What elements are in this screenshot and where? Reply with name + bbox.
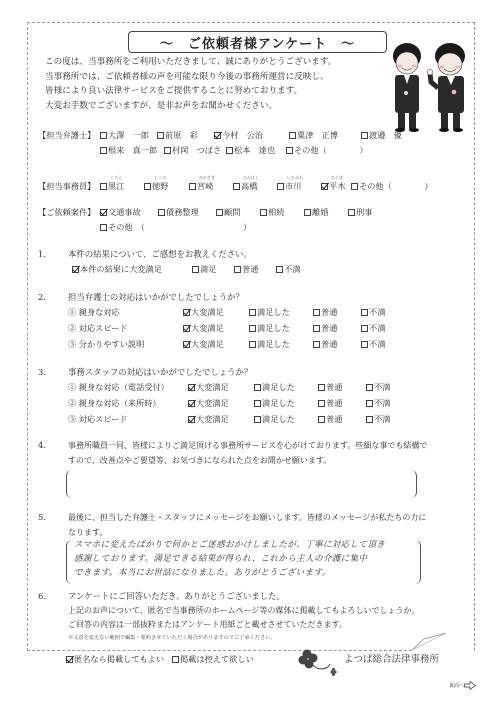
question-3: 3.事務スタッフの対応はいかがでしたでしょうか？ — [38, 366, 252, 378]
option-label: 普通 — [321, 339, 337, 350]
checkbox[interactable] — [361, 132, 368, 139]
question-number: 5. — [38, 512, 68, 522]
option-label: 大変満足 — [196, 382, 229, 393]
staff-option-other[interactable]: その他（ ） — [351, 181, 433, 192]
option-label: 不満 — [374, 382, 390, 393]
checkbox[interactable] — [157, 132, 164, 139]
checkbox[interactable] — [366, 416, 373, 423]
option-label: 満足した — [257, 323, 290, 334]
intro-line: 当事務所では、ご依頼者様の声を可能な限り今後の事務所運営に反映し、 — [45, 70, 336, 85]
question-1: 1.本件の結果について、ご感想をお教えください。 — [38, 248, 252, 260]
staff-option[interactable]: いちかわ市川 — [277, 181, 321, 192]
clover-logo-icon — [298, 648, 342, 676]
q1-option[interactable]: 不満 — [276, 264, 300, 275]
question-text: 担当弁護士の対応はいかがでしたでしょうか？ — [68, 292, 244, 302]
arrow-right-icon — [464, 681, 476, 690]
checkbox-checked[interactable] — [100, 209, 107, 216]
staff-option[interactable]: みやざき宮崎 — [189, 181, 233, 192]
furigana: いちかわ — [287, 175, 303, 181]
checkbox[interactable] — [172, 656, 179, 663]
furigana: みやざき — [199, 175, 215, 181]
lawyer-option-other[interactable]: その他（ ） — [286, 145, 368, 156]
option-label: 交通事故 — [108, 207, 141, 218]
question-text: なります。 — [68, 528, 107, 537]
checkbox[interactable] — [100, 183, 107, 190]
checkbox-checked[interactable] — [183, 325, 190, 332]
intro-line: 大変お手数でございますが、是非お声をお聞かせください。 — [45, 99, 336, 114]
question-text: すので、改善点やご要望等、お気づきになられた点をお聞かせ願います。 — [68, 456, 331, 465]
option-label: 相続 — [268, 207, 284, 218]
option-label: 普通 — [242, 264, 258, 275]
checkbox-checked[interactable] — [72, 266, 79, 273]
question-text: アンケートにご回答いただき、ありがとうございました。 — [68, 591, 285, 601]
lawyer-option[interactable]: 根来 真一郎 — [100, 145, 164, 156]
q6-option-anonymous-ok[interactable]: 匿名なら掲載してもよい — [66, 654, 172, 665]
question-text: 事務スタッフの対応はいかがでしたでしょうか？ — [68, 367, 252, 377]
option-label: 大変満足 — [191, 339, 224, 350]
checkbox[interactable] — [366, 400, 373, 407]
row-item: ③ 対応スピード — [68, 414, 188, 425]
staff-option[interactable]: くろえ黒江 — [100, 181, 144, 192]
name-text: 宮崎 — [197, 181, 213, 191]
question-text: 事務所職員一同、皆様によりご満足頂ける事務所サービスを心がけております。些細な事… — [68, 441, 427, 450]
question-5: 5.最後に、担当した弁護士・スタッフにメッセージをお願いします。皆様のメッセージ… — [38, 512, 426, 523]
question-number: 4. — [38, 440, 68, 450]
question-6-line-2: 上記のお声について、匿名で当事務所のホームページ等の媒体に掲載してもよろしいでし… — [68, 605, 420, 616]
option-label: 普通 — [321, 307, 337, 318]
name-text: 平木 — [329, 181, 345, 191]
tilde-right: 〜 — [341, 33, 355, 52]
checkbox[interactable] — [348, 209, 355, 216]
option-label: 不満 — [369, 307, 385, 318]
furigana: たかはし — [243, 175, 259, 181]
name-text: 高橋 — [241, 181, 257, 191]
q6-option-decline[interactable]: 掲載は控えて欲しい — [172, 654, 254, 665]
intro-line: この度は、当事務所をご利用いただきまして、誠にありがとうございます。 — [45, 55, 336, 70]
checkbox[interactable] — [361, 341, 368, 348]
question-text: 最後に、担当した弁護士・スタッフにメッセージをお願いします。皆様のメッセージが私… — [68, 513, 426, 522]
lawyer-option[interactable]: 村岡 つばさ — [164, 145, 226, 156]
answer-line: できます。本当にお世話になりました。ありがとうございます。 — [74, 566, 385, 580]
checkbox[interactable] — [277, 183, 284, 190]
furigana: とくの — [154, 175, 166, 181]
intro-text: この度は、当事務所をご利用いただきまして、誠にありがとうございます。 当事務所で… — [45, 55, 336, 113]
checkbox[interactable] — [144, 183, 151, 190]
checkbox[interactable] — [318, 400, 325, 407]
option-label: 本件の結果に大変満足 — [80, 264, 162, 275]
checkbox[interactable] — [366, 384, 373, 391]
q1-option[interactable]: 満足 — [192, 264, 234, 275]
q6-options: 匿名なら掲載してもよい 掲載は控えて欲しい — [66, 654, 254, 665]
q3-answer[interactable]: 普通 — [318, 398, 366, 409]
q3-row: ② 親身な対応（来所時） 大変満足 満足した 普通 不満 — [68, 398, 390, 409]
staff-row: 【担当事務員】 くろえ黒江 とくの徳野 みやざき宮崎 たかはし高橋 いちかわ市川… — [38, 181, 433, 192]
option-label: 不満 — [369, 323, 385, 334]
checkbox[interactable] — [313, 325, 320, 332]
lawyer-option[interactable]: 今村 公治 — [214, 130, 289, 141]
option-label: 大変満足 — [191, 323, 224, 334]
option-label: 今村 公治 — [222, 130, 263, 141]
checkbox[interactable] — [318, 384, 325, 391]
cases-row-1: 【ご依頼案件】 交通事故 債務整理 顧問 相続 離婚 刑事 — [38, 207, 372, 218]
checkbox[interactable] — [249, 309, 256, 316]
edit-notice: ※文意を変えない範囲で編集・要約させていただく場合がありますのでご了承ください。 — [68, 634, 276, 641]
option-label: たかはし高橋 — [241, 181, 257, 192]
checkbox-checked[interactable] — [321, 183, 328, 190]
question-number: 1. — [38, 249, 68, 259]
checkbox[interactable] — [304, 209, 311, 216]
q1-option[interactable]: 本件の結果に大変満足 — [72, 264, 192, 275]
option-label: 掲載は控えて欲しい — [180, 654, 254, 665]
question-number: 2. — [38, 292, 68, 302]
question-number: 6. — [38, 591, 68, 601]
option-label: 村岡 つばさ — [172, 145, 221, 156]
checkbox[interactable] — [318, 416, 325, 423]
option-label: 不満 — [374, 414, 390, 425]
option-label: 前原 彩 — [165, 130, 198, 141]
question-4: 4.事務所職員一同、皆様によりご満足頂ける事務所サービスを心がけております。些細… — [38, 440, 427, 451]
checkbox[interactable] — [100, 132, 107, 139]
option-label: 顧問 — [224, 207, 240, 218]
option-label: 普通 — [326, 382, 342, 393]
turn-over-label: 裏面へ — [449, 682, 464, 689]
row-item: ② 対応スピード — [68, 323, 183, 334]
option-label: 匿名なら掲載してもよい — [74, 654, 164, 665]
option-label: ひらき平木 — [329, 181, 345, 192]
question-5-line-2: なります。 — [68, 527, 107, 538]
q2-answer[interactable]: 満足した — [249, 339, 313, 350]
lawyer-option[interactable]: 粟津 正博 — [289, 130, 361, 141]
option-label: 大変満足 — [196, 398, 229, 409]
title-text: ご依頼者様アンケート — [188, 33, 327, 52]
q2-answer[interactable]: 普通 — [313, 307, 361, 318]
option-label: 普通 — [326, 398, 342, 409]
q2-row: ① 親身な対応 大変満足 満足した 普通 不満 — [68, 307, 385, 318]
survey-title: 〜 ご依頼者様アンケート 〜 — [128, 31, 387, 53]
question-text: 上記のお声について、匿名で当事務所のホームページ等の媒体に掲載してもよろしいでし… — [68, 606, 420, 615]
intro-line: 皆様により良い法律サービスをご提供することに努めております。 — [45, 84, 336, 99]
option-label: 渡邉 優 — [369, 130, 402, 141]
case-option[interactable]: 債務整理 — [158, 207, 216, 218]
checkbox[interactable] — [233, 183, 240, 190]
row-item: ② 親身な対応（来所時） — [68, 398, 188, 409]
row-item: ③ 分かりやすい説明 — [68, 339, 183, 350]
checkbox[interactable] — [234, 266, 241, 273]
staff-option[interactable]: ひらき平木 — [321, 181, 351, 192]
q2-row: ③ 分かりやすい説明 大変満足 満足した 普通 不満 — [68, 339, 385, 350]
q3-answer[interactable]: 大変満足 — [188, 414, 254, 425]
case-option[interactable]: 離婚 — [304, 207, 348, 218]
q3-row: ③ 対応スピード 大変満足 満足した 普通 不満 — [68, 414, 390, 425]
checkbox-checked[interactable] — [188, 400, 195, 407]
option-label: 満足した — [257, 307, 290, 318]
question-6: 6.アンケートにご回答いただき、ありがとうございました。 — [38, 590, 285, 602]
checkbox[interactable] — [254, 384, 261, 391]
option-label: 債務整理 — [166, 207, 199, 218]
checkbox-checked[interactable] — [183, 309, 190, 316]
checkbox[interactable] — [192, 266, 199, 273]
option-label: その他（ ） — [294, 145, 368, 156]
checkbox[interactable] — [260, 209, 267, 216]
lawyer-option[interactable]: 前原 彩 — [157, 130, 214, 141]
checkbox[interactable] — [226, 147, 233, 154]
lawyers-label: 【担当弁護士】 — [38, 130, 100, 141]
checkbox[interactable] — [286, 147, 293, 154]
checkbox[interactable] — [164, 147, 171, 154]
q2-answer[interactable]: 大変満足 — [183, 307, 249, 318]
turn-over-link[interactable]: 裏面へ — [449, 681, 476, 690]
checkbox[interactable] — [289, 132, 296, 139]
case-option[interactable]: 顧問 — [216, 207, 260, 218]
q2-row: ② 対応スピード 大変満足 満足した 普通 不満 — [68, 323, 385, 334]
checkbox[interactable] — [254, 416, 261, 423]
question-2: 2.担当弁護士の対応はいかがでしたでしょうか？ — [38, 291, 244, 303]
option-label: 満足した — [262, 398, 295, 409]
q3-answer[interactable]: 普通 — [318, 414, 366, 425]
tilde-left: 〜 — [160, 33, 174, 52]
lawyer-option[interactable]: 大澤 一郎 — [100, 130, 157, 141]
option-label: 松本 達也 — [234, 145, 275, 156]
lawyer-option[interactable]: 渡邉 優 — [361, 130, 402, 141]
checkbox[interactable] — [361, 325, 368, 332]
question-text: 本件の結果について、ご感想をお教えください。 — [68, 249, 252, 259]
staff-option[interactable]: とくの徳野 — [144, 181, 189, 192]
page-curl-decoration — [412, 633, 452, 653]
row-item: ① 親身な対応 — [68, 307, 183, 318]
checkbox[interactable] — [313, 309, 320, 316]
option-label: 満足 — [200, 264, 216, 275]
q3-answer[interactable]: 不満 — [366, 398, 390, 409]
checkbox[interactable] — [351, 183, 358, 190]
lawyers-row-1: 【担当弁護士】 大澤 一郎 前原 彩 今村 公治 粟津 正博 渡邉 優 — [38, 130, 402, 141]
checkbox[interactable] — [100, 147, 107, 154]
q2-answer[interactable]: 普通 — [313, 323, 361, 334]
option-label: 普通 — [326, 414, 342, 425]
case-option[interactable]: 相続 — [260, 207, 304, 218]
option-label: 粟津 正博 — [297, 130, 338, 141]
firm-name: よつば総合法律事務所 — [344, 651, 439, 665]
name-text: 黒江 — [108, 181, 124, 191]
checkbox[interactable] — [249, 325, 256, 332]
case-option[interactable]: 交通事故 — [100, 207, 158, 218]
option-label: いちかわ市川 — [285, 181, 301, 192]
checkbox-checked[interactable] — [66, 656, 73, 663]
q3-row: ① 親身な対応（電話受付） 大変満足 満足した 普通 不満 — [68, 382, 390, 393]
option-label: 満足した — [257, 339, 290, 350]
furigana: くろえ — [110, 175, 122, 181]
furigana: ひらき — [331, 175, 343, 181]
option-label: くろえ黒江 — [108, 181, 124, 192]
staff-label: 【担当事務員】 — [38, 181, 100, 192]
checkbox[interactable] — [249, 341, 256, 348]
case-option[interactable]: 刑事 — [348, 207, 372, 218]
option-label: 不満 — [284, 264, 300, 275]
q3-answer[interactable]: 普通 — [318, 382, 366, 393]
q3-answer[interactable]: 不満 — [366, 382, 390, 393]
q5-handwritten-answer: スマホに変えたばかりで何かとご迷惑おかけしましたが、丁寧に対応して頂き 感謝して… — [74, 538, 385, 581]
q2-answer[interactable]: 満足した — [249, 323, 313, 334]
checkbox-checked[interactable] — [188, 384, 195, 391]
q3-answer[interactable]: 大変満足 — [188, 398, 254, 409]
checkbox[interactable] — [100, 224, 107, 231]
q3-answer[interactable]: 不満 — [366, 414, 390, 425]
option-label: 不満 — [369, 339, 385, 350]
option-label: 刑事 — [356, 207, 372, 218]
option-label: 大澤 一郎 — [108, 130, 149, 141]
answer-line: スマホに変えたばかりで何かとご迷惑おかけしましたが、丁寧に対応して頂き — [74, 538, 385, 552]
question-text: ご回答の内容は一部抜粋またはアンケート用紙ごと載せさせていただきます。 — [68, 620, 347, 629]
checkbox[interactable] — [158, 209, 165, 216]
lawyer-mascots-illustration — [384, 38, 474, 134]
option-label: 普通 — [321, 323, 337, 334]
checkbox-checked[interactable] — [214, 132, 221, 139]
checkbox[interactable] — [189, 183, 196, 190]
checkbox[interactable] — [216, 209, 223, 216]
q2-answer[interactable]: 満足した — [249, 307, 313, 318]
option-label: その他 （ ） — [108, 222, 251, 233]
q3-answer[interactable]: 満足した — [254, 398, 318, 409]
answer-line: 感謝しております。満足できる結果が得られ、これから主人の介護に集中 — [74, 552, 385, 566]
question-number: 3. — [38, 367, 68, 377]
option-label: 不満 — [374, 398, 390, 409]
q1-option[interactable]: 普通 — [234, 264, 276, 275]
row-item: ① 親身な対応（電話受付） — [68, 382, 188, 393]
name-text: 徳野 — [152, 181, 168, 191]
q2-answer[interactable]: 不満 — [361, 323, 385, 334]
question-4-line-2: すので、改善点やご要望等、お気づきになられた点をお聞かせ願います。 — [68, 455, 331, 466]
option-label: 根来 真一郎 — [108, 145, 157, 156]
q3-answer[interactable]: 大変満足 — [188, 382, 254, 393]
case-option-other[interactable]: その他 （ ） — [100, 222, 251, 233]
checkbox[interactable] — [276, 266, 283, 273]
staff-option[interactable]: たかはし高橋 — [233, 181, 277, 192]
checkbox-checked[interactable] — [183, 341, 190, 348]
name-text: 市川 — [285, 181, 301, 191]
question-6-line-3: ご回答の内容は一部抜粋またはアンケート用紙ごと載せさせていただきます。 — [68, 619, 347, 630]
option-label: 満足した — [262, 414, 295, 425]
option-label: 離婚 — [312, 207, 328, 218]
q2-answer[interactable]: 大変満足 — [183, 323, 249, 334]
checkbox[interactable] — [361, 309, 368, 316]
checkbox-checked[interactable] — [188, 416, 195, 423]
cases-row-2: その他 （ ） — [38, 222, 251, 233]
option-label: 大変満足 — [196, 414, 229, 425]
cases-label: 【ご依頼案件】 — [38, 207, 100, 218]
lawyer-option[interactable]: 松本 達也 — [226, 145, 286, 156]
q3-answer[interactable]: 満足した — [254, 414, 318, 425]
checkbox[interactable] — [254, 400, 261, 407]
option-label: 満足した — [262, 382, 295, 393]
q2-answer[interactable]: 不満 — [361, 339, 385, 350]
option-label: みやざき宮崎 — [197, 181, 213, 192]
option-label: その他（ ） — [359, 181, 433, 192]
checkbox[interactable] — [313, 341, 320, 348]
lawyers-row-2: 根来 真一郎 村岡 つばさ 松本 達也 その他（ ） — [38, 145, 368, 156]
q2-answer[interactable]: 不満 — [361, 307, 385, 318]
q3-answer[interactable]: 満足した — [254, 382, 318, 393]
option-label: 大変満足 — [191, 307, 224, 318]
q1-options: 本件の結果に大変満足 満足 普通 不満 — [72, 264, 300, 275]
q2-answer[interactable]: 大変満足 — [183, 339, 249, 350]
q4-answer-field[interactable] — [66, 470, 417, 498]
option-label: とくの徳野 — [152, 181, 168, 192]
q2-answer[interactable]: 普通 — [313, 339, 361, 350]
